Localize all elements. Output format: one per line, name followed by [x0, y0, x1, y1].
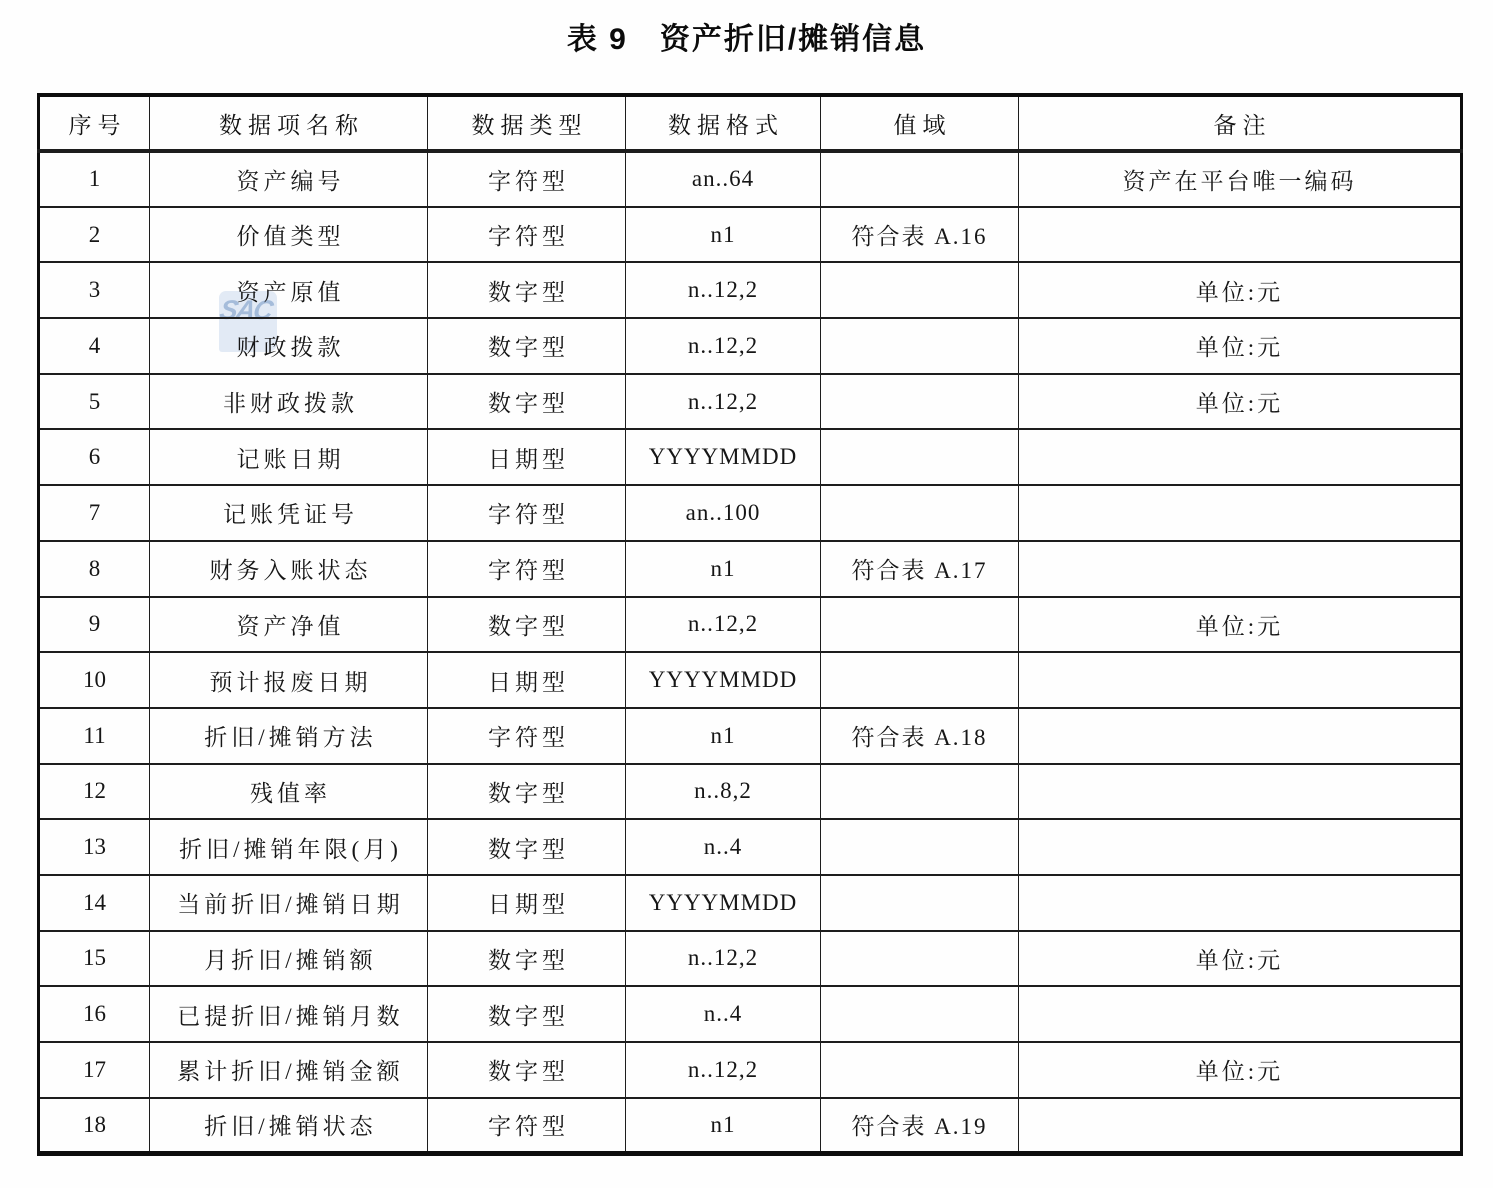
cell-remark: 单位:元 [1019, 931, 1462, 987]
cell-name: 记账凭证号 [150, 485, 428, 541]
cell-type: 字符型 [428, 708, 626, 764]
cell-type: 数字型 [428, 318, 626, 374]
col-header-name: 数据项名称 [150, 95, 428, 151]
cell-type: 日期型 [428, 652, 626, 708]
cell-format: YYYYMMDD [626, 652, 821, 708]
cell-no: 6 [39, 429, 150, 485]
cell-no: 15 [39, 931, 150, 987]
cell-format: n1 [626, 541, 821, 597]
cell-format: n..12,2 [626, 597, 821, 653]
cell-type: 数字型 [428, 262, 626, 318]
cell-name: 残值率 [150, 764, 428, 820]
cell-name: 资产原值 [150, 262, 428, 318]
cell-type: 字符型 [428, 485, 626, 541]
cell-range [821, 819, 1019, 875]
cell-no: 13 [39, 819, 150, 875]
table-row: 3资产原值数字型n..12,2单位:元 [39, 262, 1462, 318]
cell-type: 数字型 [428, 986, 626, 1042]
cell-no: 5 [39, 374, 150, 430]
cell-name: 资产净值 [150, 597, 428, 653]
cell-name: 月折旧/摊销额 [150, 931, 428, 987]
table-row: 5非财政拨款数字型n..12,2单位:元 [39, 374, 1462, 430]
cell-no: 7 [39, 485, 150, 541]
cell-type: 字符型 [428, 1098, 626, 1154]
cell-type: 字符型 [428, 541, 626, 597]
cell-range [821, 151, 1019, 207]
table-row: 6记账日期日期型YYYYMMDD [39, 429, 1462, 485]
cell-type: 数字型 [428, 597, 626, 653]
cell-no: 16 [39, 986, 150, 1042]
col-header-seq: 序号 [39, 95, 150, 151]
cell-no: 17 [39, 1042, 150, 1098]
cell-name: 累计折旧/摊销金额 [150, 1042, 428, 1098]
cell-type: 数字型 [428, 931, 626, 987]
cell-type: 数字型 [428, 819, 626, 875]
cell-range: 符合表 A.17 [821, 541, 1019, 597]
col-header-type: 数据类型 [428, 95, 626, 151]
cell-range [821, 652, 1019, 708]
table-row: 13折旧/摊销年限(月)数字型n..4 [39, 819, 1462, 875]
cell-name: 记账日期 [150, 429, 428, 485]
cell-format: YYYYMMDD [626, 875, 821, 931]
spec-table: 序号 数据项名称 数据类型 数据格式 值域 备注 1资产编号字符型an..64资… [37, 93, 1463, 1156]
cell-name: 当前折旧/摊销日期 [150, 875, 428, 931]
cell-type: 字符型 [428, 151, 626, 207]
cell-remark [1019, 207, 1462, 263]
cell-range [821, 1042, 1019, 1098]
cell-no: 9 [39, 597, 150, 653]
cell-format: n1 [626, 207, 821, 263]
table-row: 10预计报废日期日期型YYYYMMDD [39, 652, 1462, 708]
cell-format: n..4 [626, 986, 821, 1042]
cell-remark [1019, 429, 1462, 485]
cell-type: 数字型 [428, 764, 626, 820]
cell-range: 符合表 A.18 [821, 708, 1019, 764]
cell-range [821, 318, 1019, 374]
table-body: 1资产编号字符型an..64资产在平台唯一编码2价值类型字符型n1符合表 A.1… [39, 151, 1462, 1153]
cell-format: n..4 [626, 819, 821, 875]
table-row: 16已提折旧/摊销月数数字型n..4 [39, 986, 1462, 1042]
table-row: 1资产编号字符型an..64资产在平台唯一编码 [39, 151, 1462, 207]
cell-no: 11 [39, 708, 150, 764]
cell-range [821, 931, 1019, 987]
cell-type: 日期型 [428, 429, 626, 485]
cell-remark [1019, 875, 1462, 931]
cell-remark [1019, 541, 1462, 597]
cell-remark [1019, 652, 1462, 708]
cell-name: 非财政拨款 [150, 374, 428, 430]
cell-remark: 资产在平台唯一编码 [1019, 151, 1462, 207]
table-row: 4财政拨款数字型n..12,2单位:元 [39, 318, 1462, 374]
table-row: 15月折旧/摊销额数字型n..12,2单位:元 [39, 931, 1462, 987]
cell-remark: 单位:元 [1019, 262, 1462, 318]
cell-name: 财政拨款 [150, 318, 428, 374]
cell-remark [1019, 764, 1462, 820]
table-row: 8财务入账状态字符型n1符合表 A.17 [39, 541, 1462, 597]
cell-name: 折旧/摊销年限(月) [150, 819, 428, 875]
cell-remark [1019, 819, 1462, 875]
cell-range [821, 374, 1019, 430]
cell-remark [1019, 1098, 1462, 1154]
document-page: 表 9 资产折旧/摊销信息 SAC 序号 数据项名称 数据类型 数据格式 值域 … [0, 0, 1493, 1188]
col-header-remark: 备注 [1019, 95, 1462, 151]
cell-remark [1019, 485, 1462, 541]
col-header-range: 值域 [821, 95, 1019, 151]
cell-remark: 单位:元 [1019, 1042, 1462, 1098]
cell-name: 已提折旧/摊销月数 [150, 986, 428, 1042]
cell-type: 日期型 [428, 875, 626, 931]
cell-format: n..12,2 [626, 931, 821, 987]
table-row: 18折旧/摊销状态字符型n1符合表 A.19 [39, 1098, 1462, 1154]
cell-format: n..12,2 [626, 374, 821, 430]
cell-name: 折旧/摊销状态 [150, 1098, 428, 1154]
table-row: 2价值类型字符型n1符合表 A.16 [39, 207, 1462, 263]
cell-range [821, 875, 1019, 931]
table-row: 12残值率数字型n..8,2 [39, 764, 1462, 820]
cell-format: an..100 [626, 485, 821, 541]
cell-format: an..64 [626, 151, 821, 207]
cell-no: 1 [39, 151, 150, 207]
table-title: 表 9 资产折旧/摊销信息 [0, 14, 1493, 58]
cell-range [821, 597, 1019, 653]
cell-range: 符合表 A.16 [821, 207, 1019, 263]
cell-no: 14 [39, 875, 150, 931]
cell-range [821, 485, 1019, 541]
cell-range [821, 429, 1019, 485]
col-header-format: 数据格式 [626, 95, 821, 151]
cell-range [821, 262, 1019, 318]
cell-format: n..12,2 [626, 318, 821, 374]
table-row: 9资产净值数字型n..12,2单位:元 [39, 597, 1462, 653]
table-header-row: 序号 数据项名称 数据类型 数据格式 值域 备注 [39, 95, 1462, 151]
cell-no: 8 [39, 541, 150, 597]
cell-remark [1019, 986, 1462, 1042]
cell-format: n1 [626, 1098, 821, 1154]
cell-format: n..12,2 [626, 262, 821, 318]
cell-name: 折旧/摊销方法 [150, 708, 428, 764]
cell-no: 10 [39, 652, 150, 708]
cell-remark: 单位:元 [1019, 374, 1462, 430]
cell-remark: 单位:元 [1019, 318, 1462, 374]
cell-name: 财务入账状态 [150, 541, 428, 597]
cell-format: n1 [626, 708, 821, 764]
cell-name: 价值类型 [150, 207, 428, 263]
table-row: 14当前折旧/摊销日期日期型YYYYMMDD [39, 875, 1462, 931]
cell-name: 资产编号 [150, 151, 428, 207]
cell-no: 2 [39, 207, 150, 263]
cell-range [821, 986, 1019, 1042]
cell-format: n..12,2 [626, 1042, 821, 1098]
cell-no: 3 [39, 262, 150, 318]
cell-no: 18 [39, 1098, 150, 1154]
cell-range: 符合表 A.19 [821, 1098, 1019, 1154]
cell-name: 预计报废日期 [150, 652, 428, 708]
cell-type: 字符型 [428, 207, 626, 263]
table-row: 7记账凭证号字符型an..100 [39, 485, 1462, 541]
cell-no: 12 [39, 764, 150, 820]
cell-remark: 单位:元 [1019, 597, 1462, 653]
cell-no: 4 [39, 318, 150, 374]
cell-format: YYYYMMDD [626, 429, 821, 485]
table-row: 17累计折旧/摊销金额数字型n..12,2单位:元 [39, 1042, 1462, 1098]
cell-range [821, 764, 1019, 820]
cell-type: 数字型 [428, 374, 626, 430]
cell-format: n..8,2 [626, 764, 821, 820]
cell-remark [1019, 708, 1462, 764]
cell-type: 数字型 [428, 1042, 626, 1098]
table-row: 11折旧/摊销方法字符型n1符合表 A.18 [39, 708, 1462, 764]
